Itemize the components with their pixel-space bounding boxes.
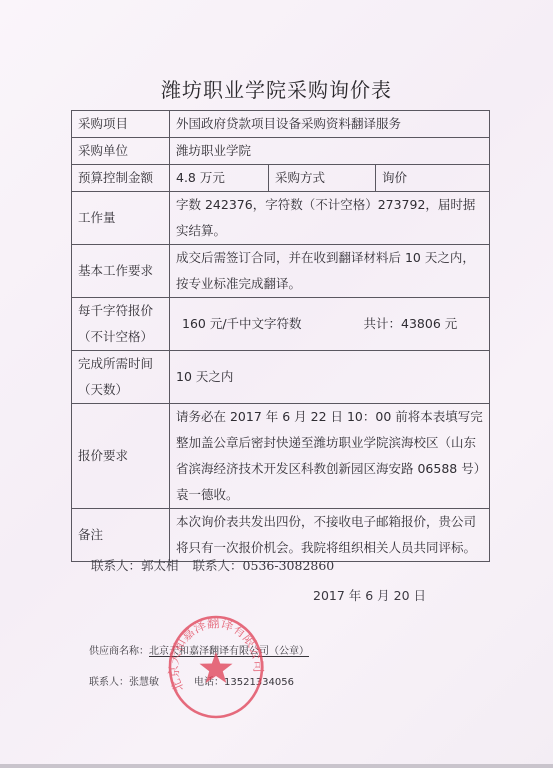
supplier-name: 北京天和嘉泽翻译有限公司（公章） — [149, 646, 309, 657]
label-remarks: 备注 — [72, 509, 170, 562]
value-procurement-item: 外国政府贷款项目设备采购资料翻译服务 — [170, 111, 490, 138]
row-procurement-unit: 采购单位 潍坊职业学院 — [72, 138, 490, 165]
buyer-contact-name: 郭太相 — [141, 558, 179, 573]
row-completion-time: 完成所需时间 （天数） 10 天之内 — [72, 351, 490, 404]
row-workload: 工作量 字数 242376，字符数（不计空格）273792，届时据实结算。 — [72, 192, 490, 245]
supplier-phone: 13521334056 — [224, 677, 294, 688]
unit-price: 160 元/千中文字符数 — [176, 316, 302, 331]
total-price: 共计：43806 元 — [364, 316, 458, 331]
label-unit-price-line2: （不计空格） — [78, 324, 163, 350]
value-quote-requirements: 请务必在 2017 年 6 月 22 日 10：00 前将本表填写完整加盖公章后… — [170, 404, 490, 509]
label-procurement-unit: 采购单位 — [72, 138, 170, 165]
supplier-name-line: 供应商名称：北京天和嘉泽翻译有限公司（公章） — [89, 642, 309, 657]
buyer-phone: 0536-3082860 — [243, 558, 335, 573]
row-budget: 预算控制金额 4.8 万元 采购方式 询价 — [72, 165, 490, 192]
value-remarks: 本次询价表共发出四份，不接收电子邮箱报价，贵公司将只有一次报价机会。我院将组织相… — [170, 509, 490, 562]
label-completion-time-line1: 完成所需时间 — [78, 351, 163, 377]
row-basic-requirements: 基本工作要求 成交后需签订合同，并在收到翻译材料后 10 天之内，按专业标准完成… — [72, 245, 490, 298]
value-procurement-unit: 潍坊职业学院 — [170, 138, 490, 165]
supplier-contact-label: 联系人： — [89, 677, 129, 688]
label-budget: 预算控制金额 — [72, 165, 170, 192]
value-unit-price: 160 元/千中文字符数 共计：43806 元 — [170, 298, 490, 351]
supplier-name-label: 供应商名称： — [89, 646, 149, 657]
value-workload: 字数 242376，字符数（不计空格）273792，届时据实结算。 — [170, 192, 490, 245]
label-completion-time: 完成所需时间 （天数） — [72, 351, 170, 404]
buyer-contact-line: 联系人：郭太相联系人：0536-3082860 — [91, 556, 334, 574]
issue-date: 2017 年 6 月 20 日 — [313, 586, 426, 604]
label-completion-time-line2: （天数） — [78, 377, 163, 403]
label-unit-price: 每千字符报价 （不计空格） — [72, 298, 170, 351]
value-procurement-method: 询价 — [376, 165, 490, 192]
label-procurement-method: 采购方式 — [269, 165, 376, 192]
label-procurement-item: 采购项目 — [72, 111, 170, 138]
page-title: 潍坊职业学院采购询价表 — [0, 74, 553, 103]
value-completion-time: 10 天之内 — [170, 351, 490, 404]
label-unit-price-line1: 每千字符报价 — [78, 298, 163, 324]
buyer-phone-label: 联系人： — [193, 558, 243, 573]
row-unit-price: 每千字符报价 （不计空格） 160 元/千中文字符数 共计：43806 元 — [72, 298, 490, 351]
supplier-phone-label: 电话： — [194, 677, 224, 688]
row-procurement-item: 采购项目 外国政府贷款项目设备采购资料翻译服务 — [72, 111, 490, 138]
row-quote-requirements: 报价要求 请务必在 2017 年 6 月 22 日 10：00 前将本表填写完整… — [72, 404, 490, 509]
label-basic-requirements: 基本工作要求 — [72, 245, 170, 298]
label-quote-requirements: 报价要求 — [72, 404, 170, 509]
supplier-phone-line: 电话：13521334056 — [194, 673, 294, 688]
buyer-contact-label: 联系人： — [91, 558, 141, 573]
supplier-contact-name: 张慧敏 — [129, 677, 159, 688]
value-basic-requirements: 成交后需签订合同，并在收到翻译材料后 10 天之内，按专业标准完成翻译。 — [170, 245, 490, 298]
row-remarks: 备注 本次询价表共发出四份，不接收电子邮箱报价，贵公司将只有一次报价机会。我院将… — [72, 509, 490, 562]
supplier-contact-line: 联系人：张慧敏 — [89, 673, 159, 688]
inquiry-form-table: 采购项目 外国政府贷款项目设备采购资料翻译服务 采购单位 潍坊职业学院 预算控制… — [71, 110, 490, 562]
page-bottom-edge — [0, 764, 553, 768]
value-budget: 4.8 万元 — [170, 165, 269, 192]
label-workload: 工作量 — [72, 192, 170, 245]
